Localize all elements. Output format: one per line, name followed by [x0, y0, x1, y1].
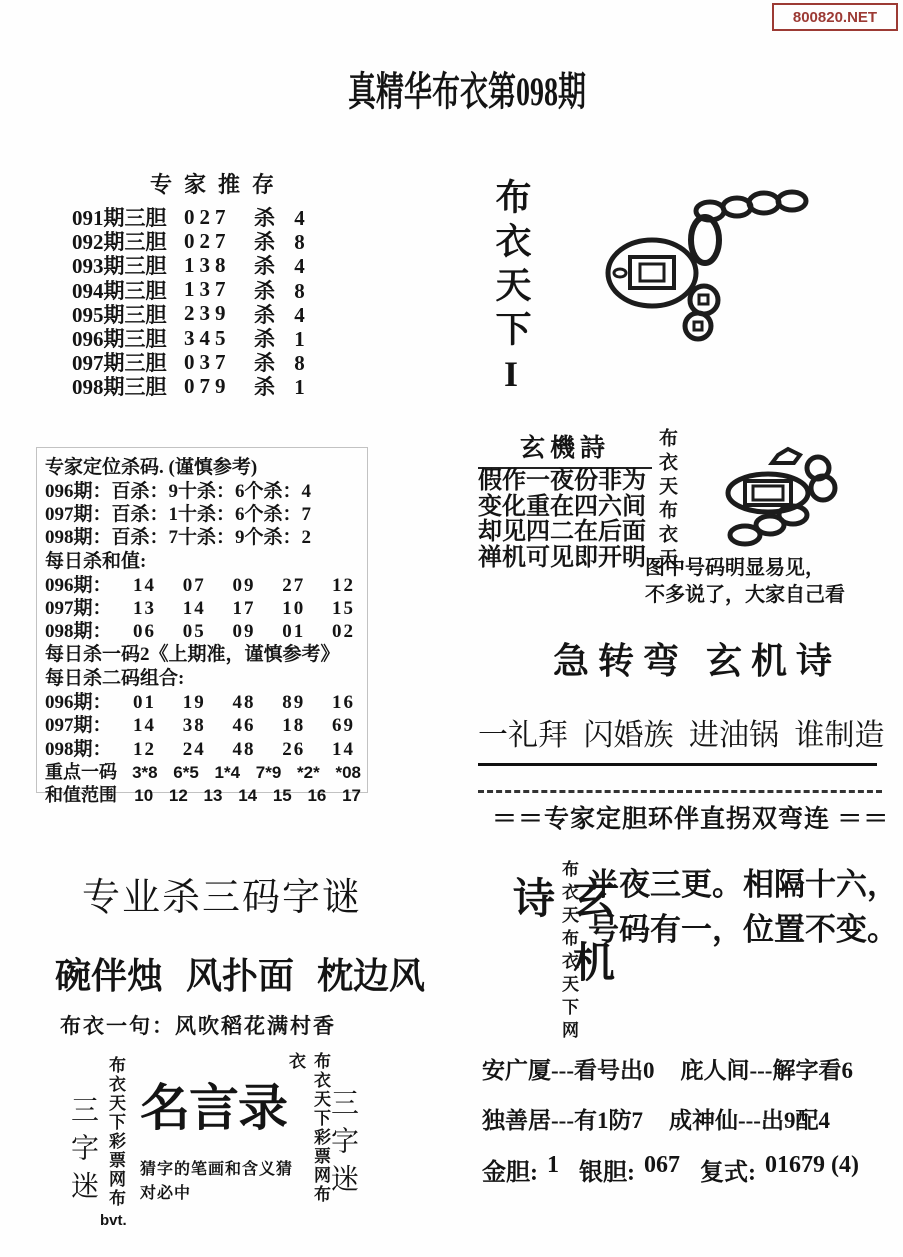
- row-numbers: 14 07 09 27 12: [133, 574, 355, 597]
- row-period: 096期：: [45, 691, 133, 714]
- row-period: 098期：: [45, 620, 133, 643]
- one-code-kill-line: 每日杀一码2《上期准，谨慎参考》: [45, 643, 361, 667]
- row-period: 097期：: [45, 714, 133, 737]
- position-kill-row: 098期：百杀：7十杀：9个杀：2: [45, 526, 361, 549]
- row-period: 097期：: [45, 597, 133, 620]
- buyi-sentence: 布衣一句：风吹稻花满村香: [60, 1010, 336, 1040]
- sum-range-row: 和值范围 10 12 13 14 15 16 17: [45, 784, 361, 807]
- silver-dan-label: 银胆:: [579, 1152, 635, 1187]
- analysis-line-2: 独善居---有1防7 成神仙---出9配4: [482, 1102, 830, 1135]
- lottery-tip-sheet: 800820.NET 真精华布衣第098期 专家推存 091期三胆 027 杀 …: [0, 0, 903, 1257]
- row-numbers: 12 24 48 26 14: [133, 738, 355, 761]
- sum-kill-row: 098期： 06 05 09 01 02: [45, 620, 361, 643]
- xuanji-poem-box: 玄機詩 假作一夜份非为 变化重在四六间 却见四二在后面 禅机可见即开明: [478, 428, 652, 571]
- poem-line: 禅机可见即开明: [478, 546, 652, 572]
- sum-kill-row: 096期： 14 07 09 27 12: [45, 574, 361, 597]
- sum-range-value: 10 12 13 14 15 16 17: [134, 784, 361, 807]
- coin-chain-illustration-top: [590, 183, 850, 353]
- illustration-note-line-1: 图中号码明显易见，: [645, 555, 845, 582]
- row-dan: 239: [184, 301, 254, 326]
- sharp-turn-title: 急转弯 玄机诗: [553, 633, 841, 684]
- fushi-value: 01679 (4): [765, 1152, 859, 1187]
- site-watermark: 800820.NET: [772, 3, 898, 31]
- row-dan: 027: [184, 205, 254, 230]
- expert-dingdan-line: ＝＝专家定胆环伴直拐双弯连 ＝＝: [492, 799, 889, 835]
- mingyanlu-title: 名言录: [140, 1068, 287, 1140]
- key-one-code-row: 重点一码 3*8 6*5 1*4 7*9 *2* *08: [45, 761, 361, 784]
- row-numbers: 06 05 09 01 02: [133, 620, 355, 643]
- two-code-row: 097期： 14 38 46 18 69: [45, 714, 361, 737]
- sum-kill-row: 097期： 13 14 17 10 15: [45, 597, 361, 620]
- sum-range-label: 和值范围: [45, 784, 134, 807]
- illustration-note: 图中号码明显易见， 不多说了，大家自己看: [645, 555, 845, 609]
- analysis-1b: 庇人间---解字看6: [680, 1052, 852, 1085]
- expert-push-title: 专家推存: [150, 168, 286, 199]
- word-riddle: 碗伴烛 风扑面 枕边风: [55, 948, 425, 999]
- mingyanlu-note-1: 猜字的笔画和含义猜: [140, 1156, 293, 1179]
- key-one-value: 3*8 6*5 1*4 7*9 *2* *08: [132, 761, 361, 784]
- xuanji2-line-1: 半夜三更。相隔十六，: [588, 862, 898, 907]
- xuanji2-line-2: 号码有一，位置不变。: [588, 907, 898, 952]
- row-numbers: 13 14 17 10 15: [133, 597, 355, 620]
- xuanji2-site-vertical: 布衣天布衣天下网: [556, 860, 581, 1055]
- mingyanlu-note-2: 对必中: [140, 1180, 191, 1203]
- dan-summary-line: 金胆: 1 银胆: 067 复式: 01679 (4): [482, 1152, 859, 1187]
- row-numbers: 01 19 48 89 16: [133, 691, 355, 714]
- row-period: 098期：: [45, 738, 133, 761]
- coin-chain-illustration-middle: [690, 423, 895, 563]
- kill-codes-box: 专家定位杀码. (谨慎参考) 096期：百杀：9十杀：6个杀：4 097期：百杀…: [36, 447, 368, 793]
- three-word-riddle-right: 三字迷: [322, 1088, 362, 1228]
- key-one-label: 重点一码: [45, 761, 132, 784]
- site-suffix: bvt.: [100, 1212, 127, 1229]
- gold-dan-value: 1: [547, 1152, 559, 1187]
- silver-dan-value: 067: [644, 1152, 680, 1187]
- two-code-row: 098期： 12 24 48 26 14: [45, 738, 361, 761]
- expert-push-row: 098期三胆 079 杀 1: [72, 374, 305, 398]
- position-kill-row: 096期：百杀：9十杀：6个杀：4: [45, 480, 361, 503]
- analysis-line-1: 安广厦---看号出0 庇人间---解字看6: [482, 1052, 853, 1085]
- site-name-vertical-left: 布衣天下彩票网布: [103, 1056, 128, 1216]
- dashed-divider: [478, 790, 882, 793]
- row-kill: 杀 1: [254, 371, 305, 401]
- poem-line: 变化重在四六间: [478, 495, 652, 521]
- gold-dan: 金胆: 1: [482, 1152, 559, 1187]
- analysis-1a: 安广厦---看号出0: [482, 1052, 654, 1085]
- row-numbers: 14 38 46 18 69: [133, 714, 355, 737]
- position-kill-row: 097期：百杀：1十杀：6个杀：7: [45, 503, 361, 526]
- two-code-title: 每日杀二码组合:: [45, 667, 361, 691]
- row-dan: 037: [184, 350, 254, 375]
- poem-line: 却见四二在后面: [478, 520, 652, 546]
- page-title: 真精华布衣第098期: [348, 60, 586, 117]
- xuanji2-poem: 半夜三更。相隔十六， 号码有一，位置不变。: [588, 862, 898, 952]
- row-period: 096期：: [45, 574, 133, 597]
- row-period: 098期三胆: [72, 371, 184, 401]
- two-code-row: 096期： 01 19 48 89 16: [45, 691, 361, 714]
- poem-line: 假作一夜份非为: [478, 469, 652, 495]
- brand-vertical-title: 布衣天下I: [486, 178, 537, 408]
- analysis-2a: 独善居---有1防7: [482, 1102, 643, 1135]
- analysis-2b: 成神仙---出9配4: [669, 1102, 830, 1135]
- row-dan: 138: [184, 253, 254, 278]
- silver-dan: 银胆: 067: [579, 1152, 680, 1187]
- row-dan: 079: [184, 374, 254, 399]
- row-dan: 345: [184, 326, 254, 351]
- daily-sum-kill-title: 每日杀和值:: [45, 550, 361, 574]
- sharp-turn-riddle: 一礼拜 闪婚族 进油锅 谁制造: [478, 710, 877, 766]
- three-word-riddle-left: 三字迷: [62, 1095, 102, 1235]
- illustration-note-line-2: 不多说了，大家自己看: [645, 582, 845, 609]
- expert-push-list: 091期三胆 027 杀 4 092期三胆 027 杀 8 093期三胆 138…: [72, 205, 305, 399]
- row-dan: 137: [184, 277, 254, 302]
- fushi-label: 复式:: [700, 1152, 756, 1187]
- kill-three-title: 专业杀三码字谜: [82, 866, 362, 921]
- xuanji-poem-title: 玄機詩: [478, 428, 652, 469]
- row-dan: 027: [184, 229, 254, 254]
- fushi: 复式: 01679 (4): [700, 1152, 859, 1187]
- gold-dan-label: 金胆:: [482, 1152, 538, 1187]
- kill-codes-title: 专家定位杀码. (谨慎参考): [45, 456, 361, 480]
